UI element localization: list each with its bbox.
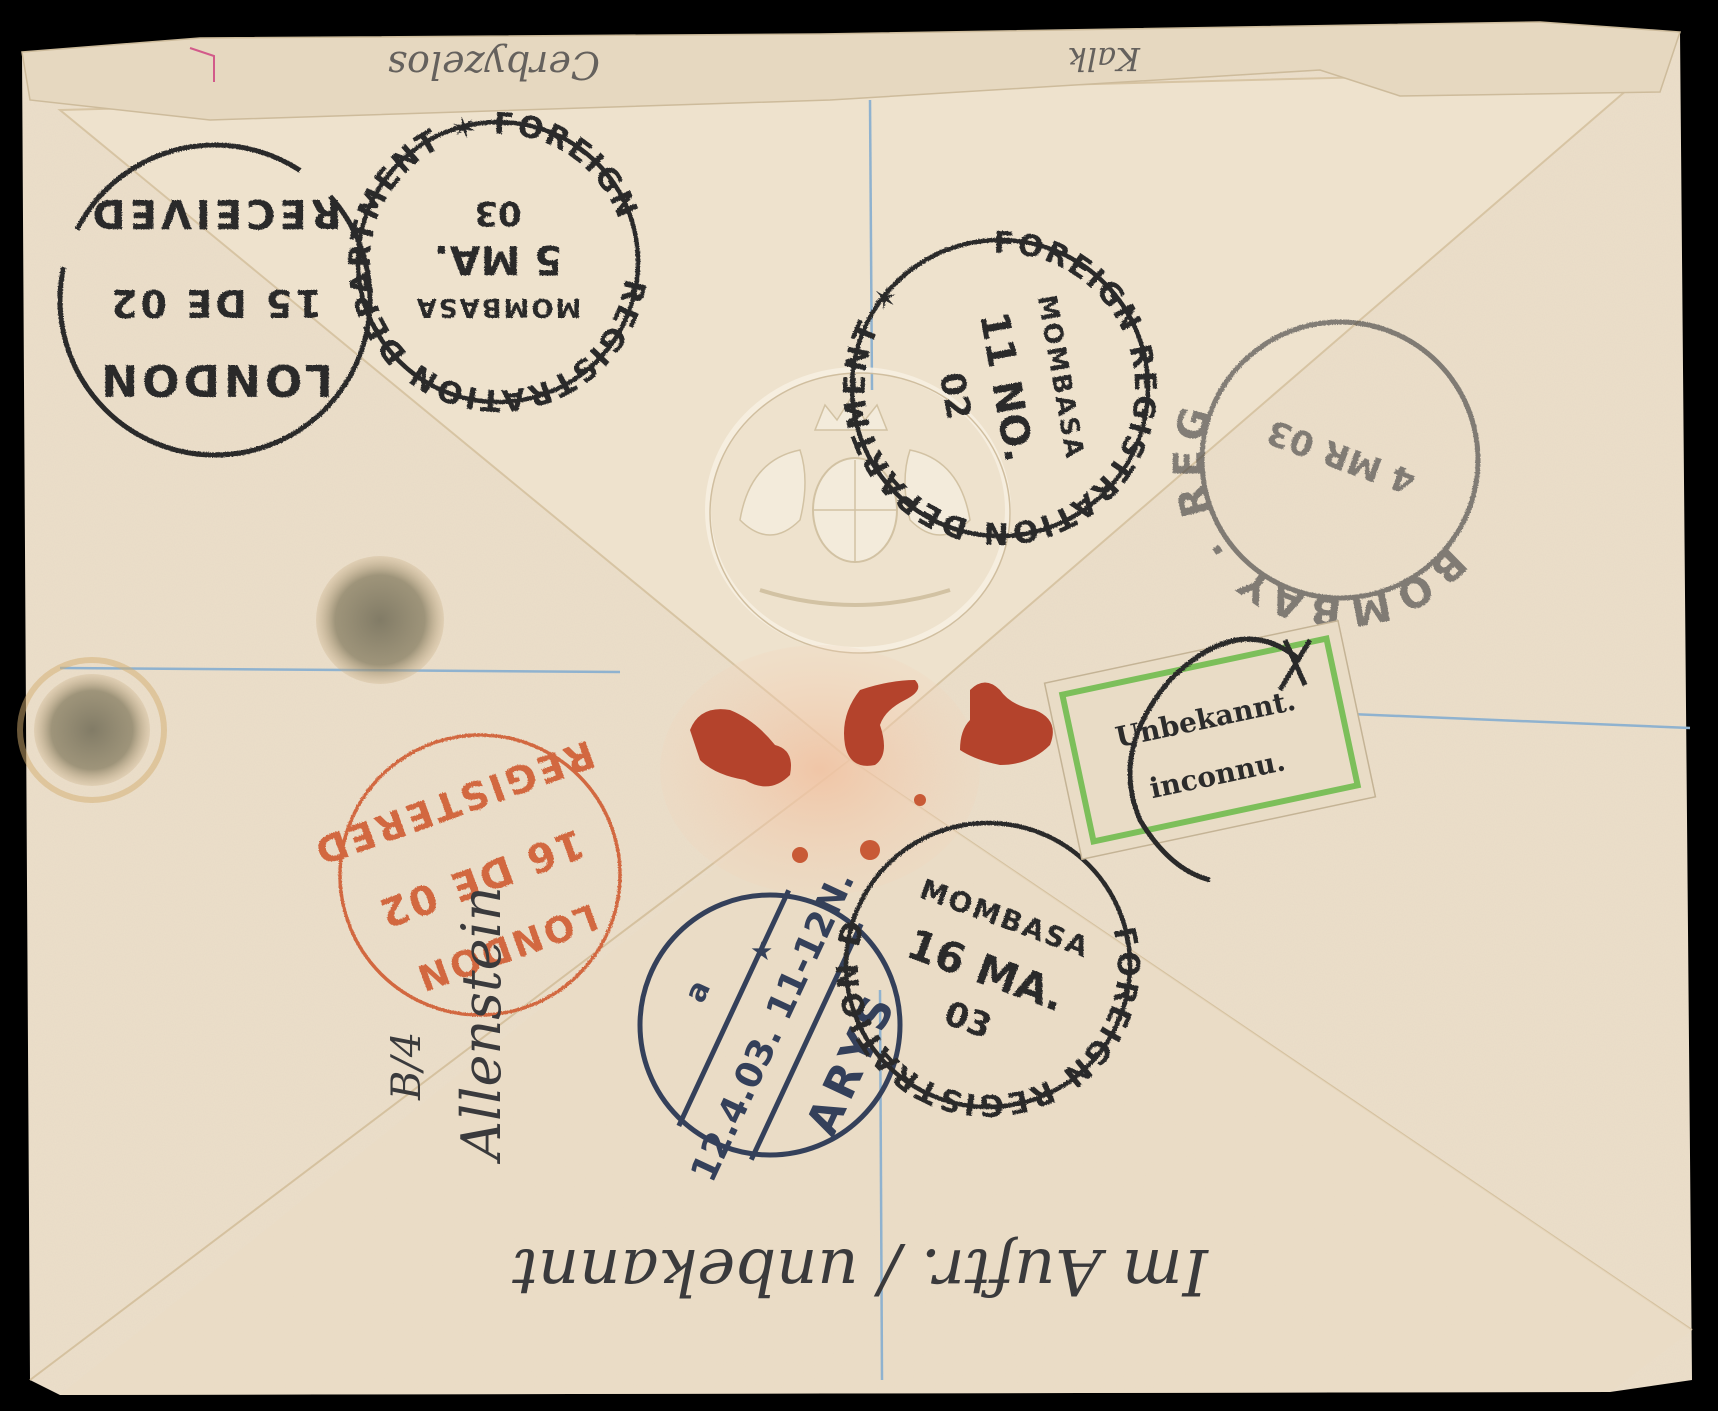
svg-text:Cerbyzelos: Cerbyzelos <box>387 43 600 87</box>
svg-text:02: 02 <box>931 369 979 423</box>
svg-text:15 DE 02: 15 DE 02 <box>108 281 322 325</box>
envelope-photo: Cerbyzelos Kalk LONDON 15 DE 02 RECEIVED… <box>0 0 1718 1411</box>
svg-text:03: 03 <box>474 193 521 233</box>
svg-text:RECEIVED: RECEIVED <box>88 190 341 236</box>
svg-text:LONDON: LONDON <box>97 354 332 405</box>
star-icon: ★ <box>750 937 773 967</box>
svg-text:Allenstein: Allenstein <box>450 886 513 1165</box>
svg-text:Kalk: Kalk <box>1067 40 1141 78</box>
svg-text:Im Auftr. / unbekannt: Im Auftr. / unbekannt <box>512 1234 1209 1308</box>
svg-text:B/4: B/4 <box>384 1032 430 1101</box>
svg-text:5 MA.: 5 MA. <box>434 236 562 282</box>
svg-text:MOMBASA: MOMBASA <box>415 292 582 322</box>
